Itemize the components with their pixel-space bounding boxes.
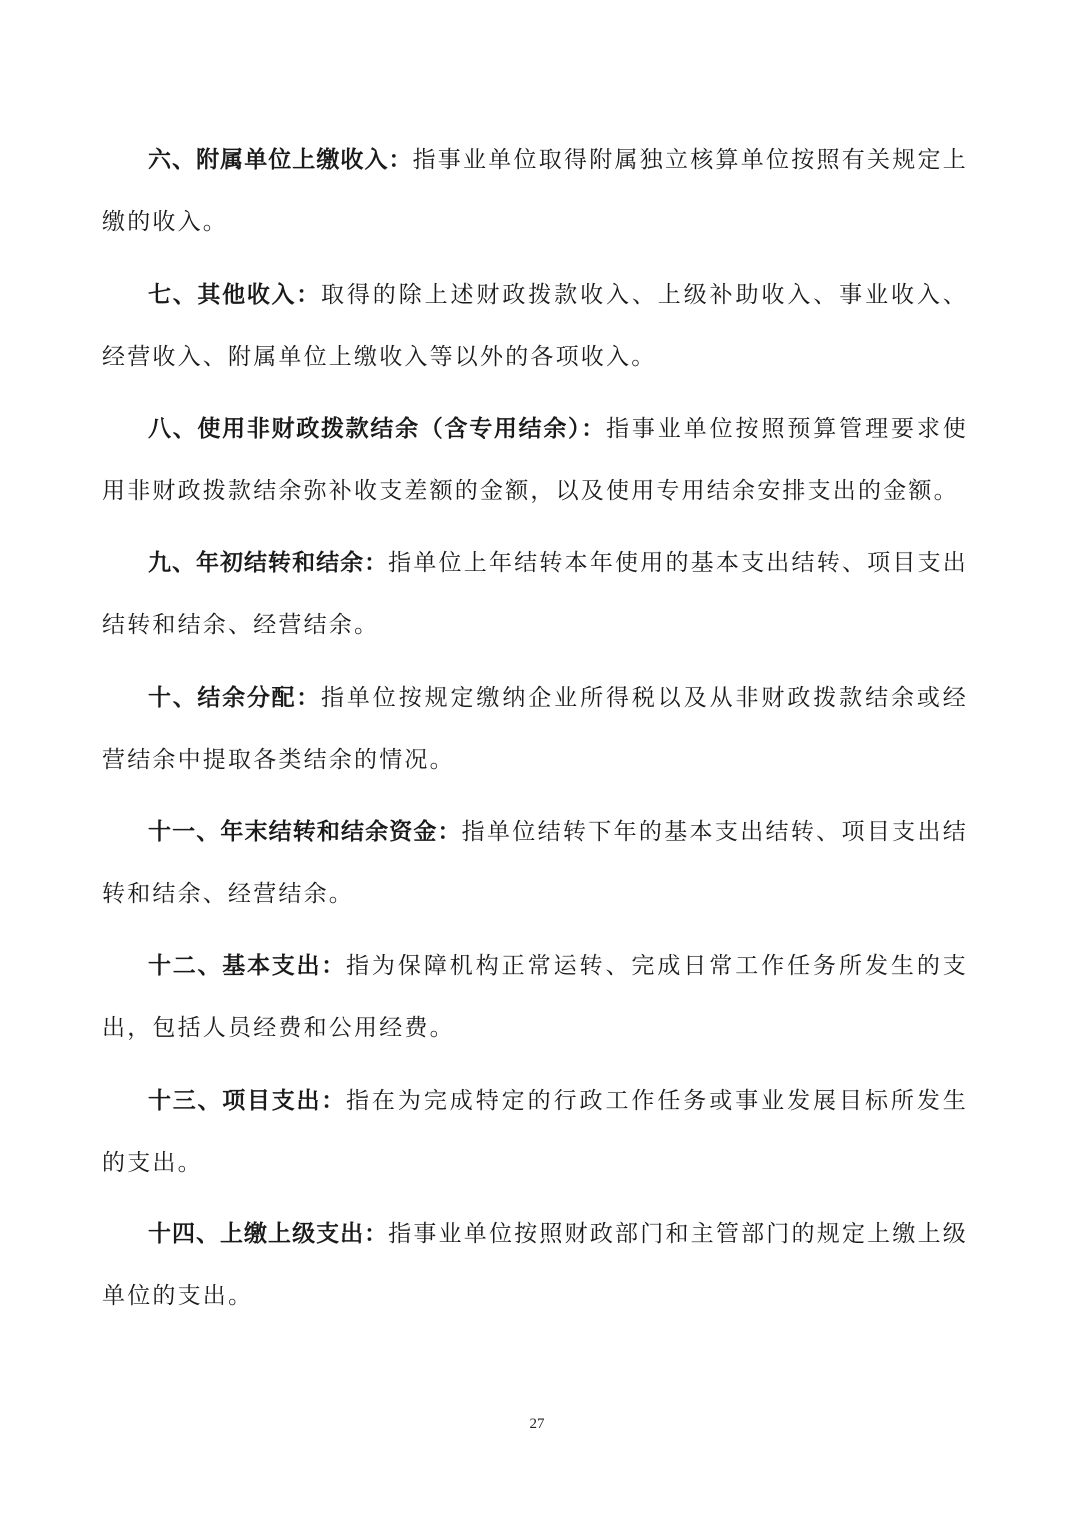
term-label: 十、结余分配： bbox=[148, 685, 321, 711]
term-label: 十一、年末结转和结余资金： bbox=[148, 819, 462, 845]
paragraph-affiliated-unit-income: 六、附属单位上缴收入：指事业单位取得附属独立核算单位按照有关规定上缴的收入。 bbox=[102, 129, 968, 253]
term-label: 六、附属单位上缴收入： bbox=[148, 147, 413, 173]
term-label: 七、其他收入： bbox=[148, 282, 321, 308]
paragraph-other-income: 七、其他收入：取得的除上述财政拨款收入、上级补助收入、事业收入、经营收入、附属单… bbox=[102, 264, 968, 388]
page-number: 27 bbox=[0, 1416, 1074, 1433]
paragraph-year-end-carryover: 十一、年末结转和结余资金：指单位结转下年的基本支出结转、项目支出结转和结余、经营… bbox=[102, 801, 968, 925]
term-label: 十三、项目支出： bbox=[148, 1088, 346, 1114]
paragraph-project-expenditure: 十三、项目支出：指在为完成特定的行政工作任务或事业发展目标所发生的支出。 bbox=[102, 1070, 968, 1194]
paragraph-remittance-to-superior: 十四、上缴上级支出：指事业单位按照财政部门和主管部门的规定上缴上级单位的支出。 bbox=[102, 1203, 968, 1327]
paragraph-surplus-distribution: 十、结余分配：指单位按规定缴纳企业所得税以及从非财政拨款结余或经营结余中提取各类… bbox=[102, 667, 968, 791]
term-label: 十四、上缴上级支出： bbox=[148, 1221, 388, 1247]
term-label: 八、使用非财政拨款结余（含专用结余）： bbox=[148, 416, 606, 442]
term-label: 九、年初结转和结余： bbox=[148, 550, 388, 576]
paragraph-basic-expenditure: 十二、基本支出：指为保障机构正常运转、完成日常工作任务所发生的支出，包括人员经费… bbox=[102, 935, 968, 1059]
term-label: 十二、基本支出： bbox=[148, 953, 346, 979]
paragraph-non-fiscal-surplus-use: 八、使用非财政拨款结余（含专用结余）：指事业单位按照预算管理要求使用非财政拨款结… bbox=[102, 398, 968, 522]
paragraph-beginning-carryover: 九、年初结转和结余：指单位上年结转本年使用的基本支出结转、项目支出结转和结余、经… bbox=[102, 532, 968, 656]
document-page: 六、附属单位上缴收入：指事业单位取得附属独立核算单位按照有关规定上缴的收入。 七… bbox=[0, 0, 1074, 1520]
